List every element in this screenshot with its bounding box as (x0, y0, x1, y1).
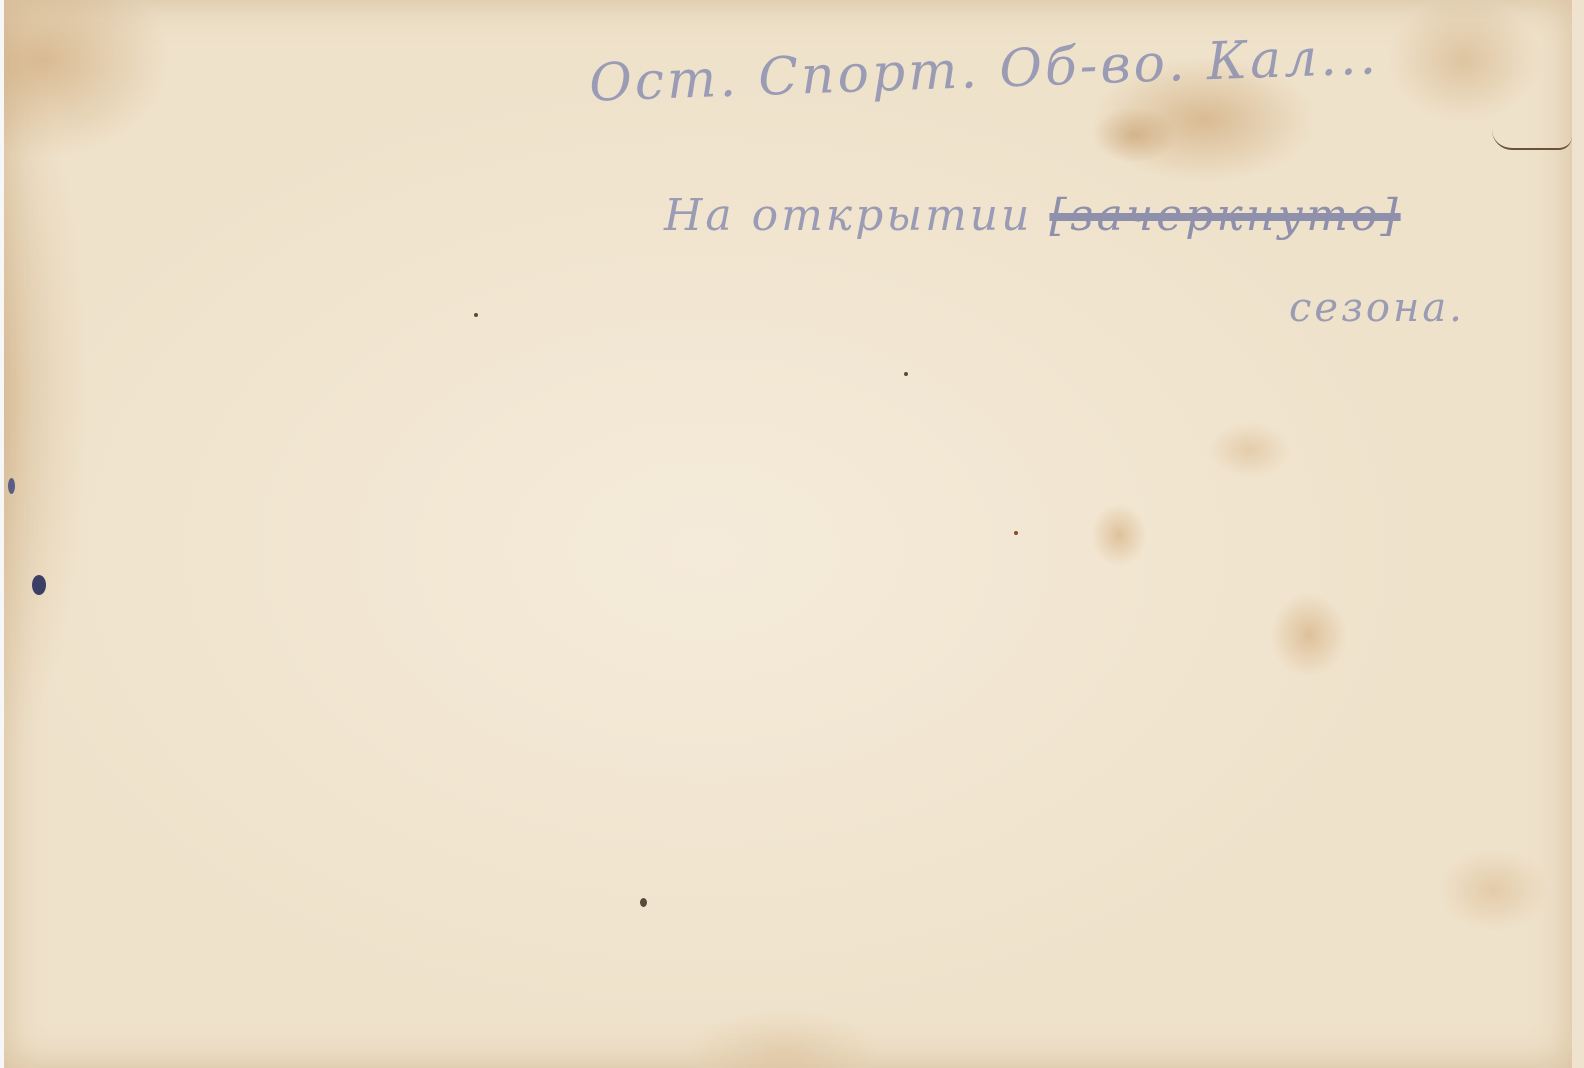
paper-speck (474, 313, 478, 317)
handwritten-line-2: На открытии [зачеркнуто] (664, 190, 1401, 241)
ink-blot-small (8, 478, 15, 494)
scan-border (0, 0, 4, 1068)
handwritten-line-1: Ост. Спорт. Об-во. Кал... (588, 26, 1379, 114)
paper-speck (640, 898, 647, 907)
handwritten-line-2-text: На открытии (664, 190, 1032, 241)
photo-back-sheet: Ост. Спорт. Об-во. Кал... На открытии [з… (4, 0, 1572, 1068)
struck-out-word: [зачеркнуто] (1049, 190, 1400, 241)
ink-blot (32, 575, 46, 595)
paper-speck (904, 372, 908, 376)
paper-tear (1492, 130, 1572, 150)
handwritten-line-3: сезона. (1289, 285, 1465, 331)
paper-speck (1014, 531, 1018, 535)
